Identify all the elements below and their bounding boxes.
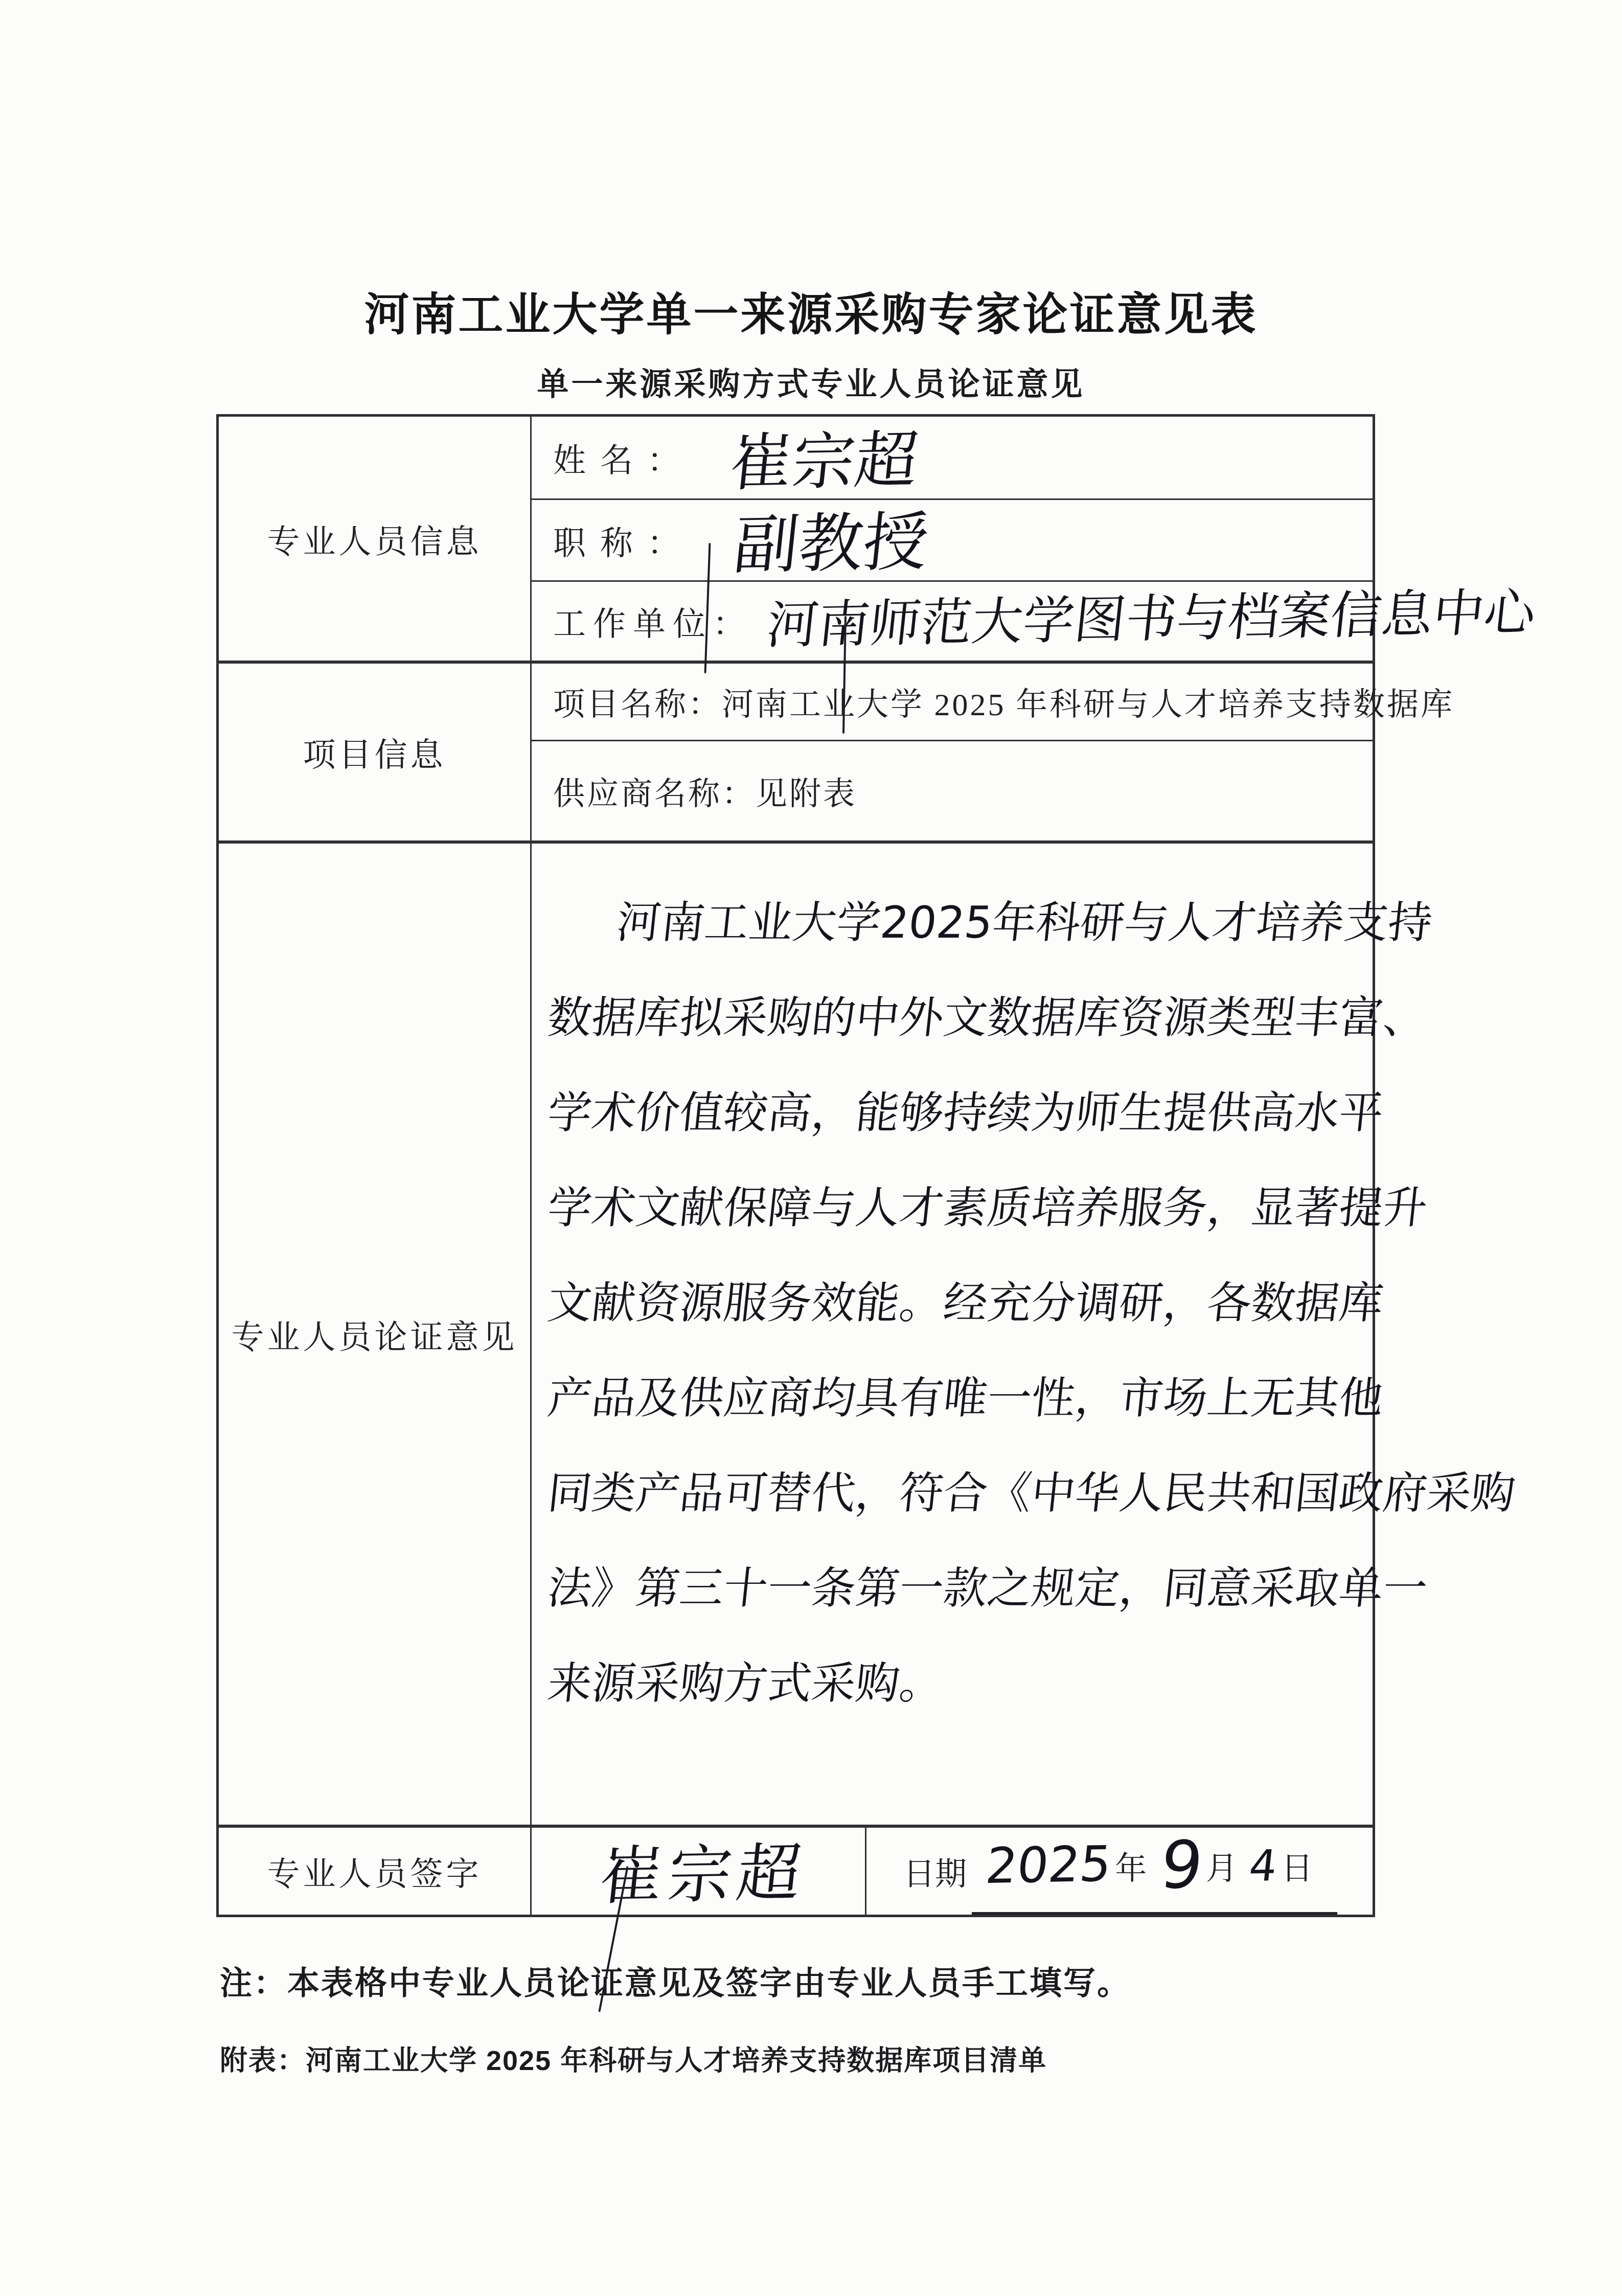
opinion-line: 河南工业大学2025年科研与人才培养支持 xyxy=(543,875,1383,970)
section-label-signature: 专业人员签字 xyxy=(219,1828,532,1915)
signature-cell: 崔宗超 xyxy=(532,1828,866,1915)
date-year-unit: 年 xyxy=(1115,1843,1147,1889)
opinion-line: 来源采购方式采购。 xyxy=(543,1636,1383,1731)
project-name-value: 河南工业大学 2025 年科研与人才培养支持数据库 xyxy=(722,679,1454,724)
scanned-form-page: 河南工业大学单一来源采购专家论证意见表 单一来源采购方式专业人员论证意见 专业人… xyxy=(0,0,1622,2296)
section-label-opinion: 专业人员论证意见 xyxy=(219,844,532,1828)
date-cell: 日期 2025 年 9 月 4 日 xyxy=(866,1828,1373,1915)
field-row-name: 姓名： 崔宗超 xyxy=(532,417,1373,500)
date-day-handwritten: 4 xyxy=(1247,1840,1280,1891)
work-unit-handwritten-value: 河南师范大学图书与档案信息中心 xyxy=(764,571,1540,658)
opinion-line: 同类产品可替代，符合《中华人民共和国政府采购 xyxy=(543,1446,1383,1541)
field-row-title: 职称： 副教授 xyxy=(532,500,1373,582)
opinion-line: 学术价值较高，能够持续为师生提供高水平 xyxy=(543,1065,1383,1161)
page-subtitle: 单一来源采购方式专业人员论证意见 xyxy=(0,359,1622,404)
attachment-note: 附表：河南工业大学 2025 年科研与人才培养支持数据库项目清单 xyxy=(220,2039,1047,2078)
footnote: 注：本表格中专业人员论证意见及签字由专业人员手工填写。 xyxy=(220,1957,1131,2004)
date-year-handwritten: 2025 xyxy=(983,1835,1114,1894)
section-label-project-info: 项目信息 xyxy=(219,664,532,844)
work-unit-field-label: 工作单位： xyxy=(553,598,752,645)
opinion-line: 产品及供应商均具有唯一性，市场上无其他 xyxy=(543,1351,1383,1446)
opinion-cell: 河南工业大学2025年科研与人才培养支持数据库拟采购的中外文数据库资源类型丰富、… xyxy=(532,844,1373,1828)
date-day-unit: 日 xyxy=(1281,1843,1313,1889)
opinion-line: 法》第三十一条第一款之规定，同意采取单一 xyxy=(543,1541,1383,1636)
date-fill-line: 2025 年 9 月 4 日 xyxy=(972,1828,1337,1915)
title-handwritten-value: 副教授 xyxy=(730,490,933,586)
field-row-work-unit: 工作单位： 河南师范大学图书与档案信息中心 xyxy=(532,582,1373,664)
demonstration-opinion-table: 专业人员信息 项目信息 专业人员论证意见 专业人员签字 姓名： 崔宗超 职称： … xyxy=(216,414,1375,1917)
opinion-handwritten-text: 河南工业大学2025年科研与人才培养支持数据库拟采购的中外文数据库资源类型丰富、… xyxy=(532,844,1373,1731)
opinion-line: 学术文献保障与人才素质培养服务，显著提升 xyxy=(543,1161,1383,1256)
page-title: 河南工业大学单一来源采购专家论证意见表 xyxy=(0,279,1622,343)
name-handwritten-value: 崔宗超 xyxy=(726,410,923,502)
date-month-handwritten: 9 xyxy=(1157,1827,1206,1904)
field-row-supplier: 供应商名称： 见附表 xyxy=(532,741,1373,844)
date-label: 日期 xyxy=(903,1849,967,1894)
opinion-line: 数据库拟采购的中外文数据库资源类型丰富、 xyxy=(543,970,1383,1065)
supplier-value: 见附表 xyxy=(756,768,857,814)
date-month-unit: 月 xyxy=(1206,1843,1238,1889)
field-row-project-name: 项目名称： 河南工业大学 2025 年科研与人才培养支持数据库 xyxy=(532,664,1373,741)
name-field-label: 姓名： xyxy=(553,434,694,481)
project-name-field-label: 项目名称： xyxy=(553,679,722,724)
section-label-personnel-info: 专业人员信息 xyxy=(219,417,532,664)
title-field-label: 职称： xyxy=(553,517,694,564)
supplier-field-label: 供应商名称： xyxy=(553,768,756,814)
opinion-line: 文献资源服务效能。经充分调研，各数据库 xyxy=(543,1256,1383,1351)
